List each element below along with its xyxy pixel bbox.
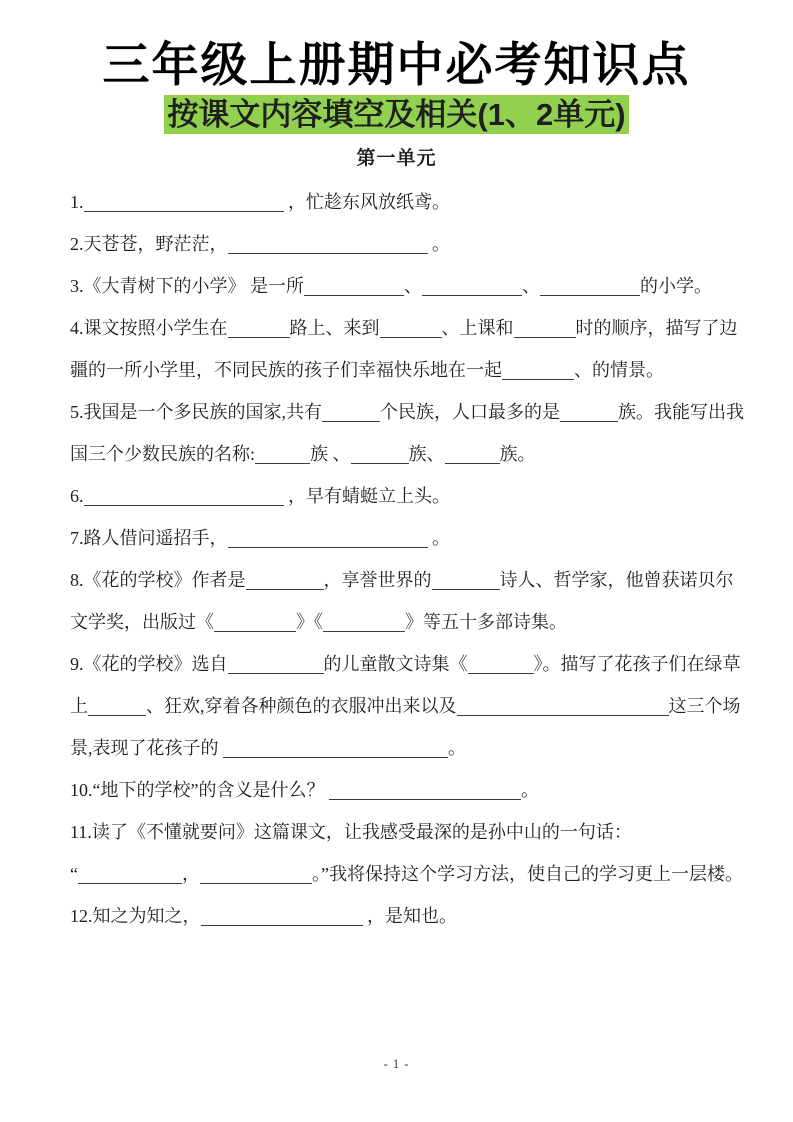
question-item: 8.《花的学校》作者是，享誉世界的诗人、哲学家，他曾获诺贝尔文学奖，出版过《》《… [70, 559, 747, 643]
page-subtitle: 按课文内容填空及相关(1、2单元) [164, 95, 628, 134]
fill-in-blank [214, 614, 296, 632]
question-item: 3.《大青树下的小学》 是一所、、的小学。 [70, 265, 747, 307]
fill-in-blank [540, 278, 640, 296]
fill-in-blank [304, 278, 404, 296]
fill-in-blank [468, 656, 534, 674]
fill-in-blank [200, 866, 312, 884]
fill-in-blank [223, 740, 448, 758]
question-item: 12.知之为知之， ，是知也。 [70, 895, 747, 937]
fill-in-blank [78, 866, 182, 884]
question-item: 5.我国是一个多民族的国家,共有个民族，人口最多的是族。我能写出我国三个少数民族… [70, 391, 747, 475]
page-title: 三年级上册期中必考知识点 [0, 38, 793, 92]
fill-in-blank [380, 320, 442, 338]
fill-in-blank [422, 278, 522, 296]
fill-in-blank [351, 446, 409, 464]
fill-in-blank [457, 698, 669, 716]
worksheet-page: 三年级上册期中必考知识点 按课文内容填空及相关(1、2单元) 第一单元 1. ，… [0, 0, 793, 1122]
page-number: - 1 - [0, 1057, 793, 1072]
page-header: 三年级上册期中必考知识点 按课文内容填空及相关(1、2单元) 第一单元 [0, 0, 793, 170]
fill-in-blank [514, 320, 576, 338]
fill-in-blank [322, 404, 380, 422]
question-item: 6. ，早有蜻蜓立上头。 [70, 475, 747, 517]
fill-in-blank [323, 614, 405, 632]
fill-in-blank [432, 572, 500, 590]
fill-in-blank [228, 320, 290, 338]
fill-in-blank [445, 446, 500, 464]
question-item: 9.《花的学校》选自的儿童散文诗集《》。描写了花孩子们在绿草上、狂欢,穿着各种颜… [70, 643, 747, 769]
question-item: 1. ，忙趁东风放纸鸢。 [70, 181, 747, 223]
fill-in-blank [502, 362, 574, 380]
fill-in-blank [228, 530, 428, 548]
section-heading: 第一单元 [0, 143, 793, 170]
fill-in-blank [255, 446, 310, 464]
question-item: 4.课文按照小学生在路上、来到、上课和时的顺序，描写了边疆的一所小学里，不同民族… [70, 307, 747, 391]
question-item: 2.天苍苍，野茫茫， 。 [70, 223, 747, 265]
page-subtitle-row: 按课文内容填空及相关(1、2单元) [0, 95, 793, 134]
fill-in-blank [246, 572, 324, 590]
question-item: 7.路人借问遥招手， 。 [70, 517, 747, 559]
question-item: 10.“地下的学校”的含义是什么？ 。 [70, 769, 747, 811]
fill-in-blank [329, 782, 521, 800]
fill-in-blank [84, 488, 284, 506]
fill-in-blank [84, 194, 284, 212]
fill-in-blank [228, 236, 428, 254]
questions-list: 1. ，忙趁东风放纸鸢。2.天苍苍，野茫茫， 。3.《大青树下的小学》 是一所、… [70, 181, 747, 937]
fill-in-blank [88, 698, 146, 716]
fill-in-blank [201, 908, 363, 926]
question-item: 11.读了《不懂就要问》这篇课文，让我感受最深的是孙中山的一句话：“，。”我将保… [70, 811, 747, 895]
fill-in-blank [228, 656, 324, 674]
fill-in-blank [560, 404, 618, 422]
